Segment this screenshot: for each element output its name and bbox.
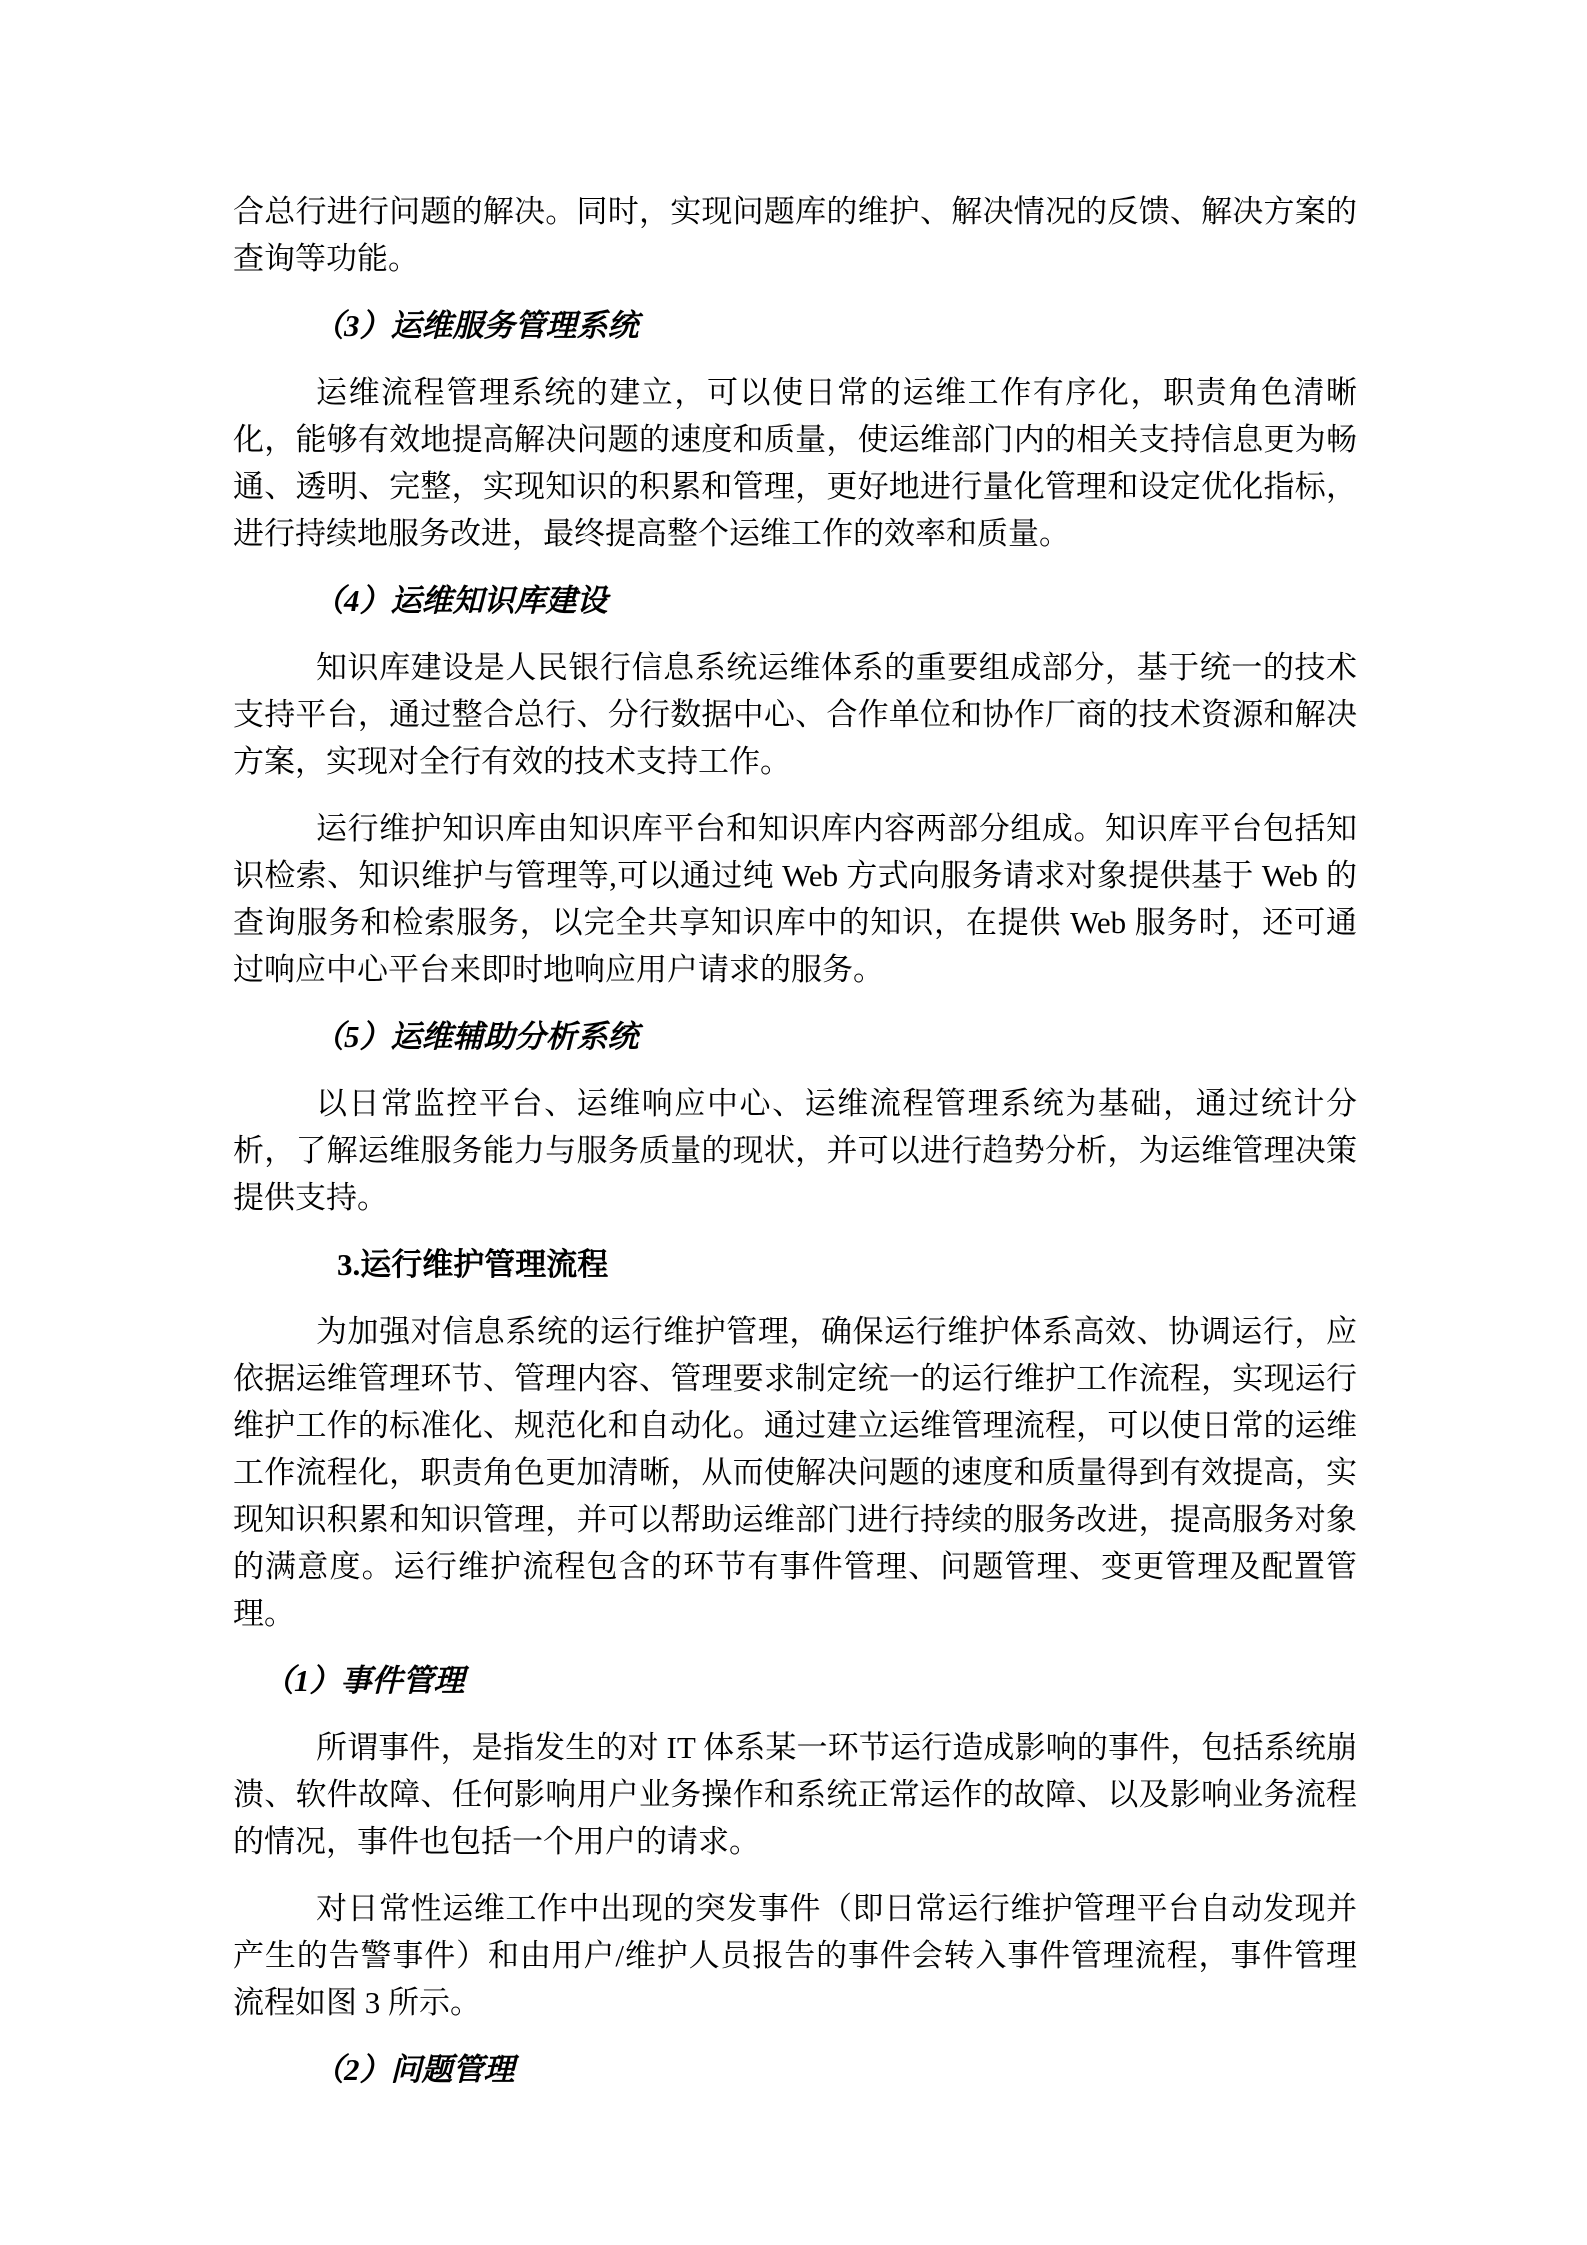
paragraph: 合总行进行问题的解决。同时，实现问题库的维护、解决情况的反馈、解决方案的查询等功… [233,188,1357,282]
section-heading: （3）运维服务管理系统 [313,302,1357,349]
paragraph: 运维流程管理系统的建立，可以使日常的运维工作有序化，职责角色清晰化，能够有效地提… [233,369,1357,557]
document-content: 合总行进行问题的解决。同时，实现问题库的维护、解决情况的反馈、解决方案的查询等功… [233,188,1357,2113]
paragraph: 运行维护知识库由知识库平台和知识库内容两部分组成。知识库平台包括知识检索、知识维… [233,805,1357,993]
paragraph: 为加强对信息系统的运行维护管理，确保运行维护体系高效、协调运行，应依据运维管理环… [233,1308,1357,1637]
paragraph: 对日常性运维工作中出现的突发事件（即日常运行维护管理平台自动发现并产生的告警事件… [233,1885,1357,2026]
paragraph: 知识库建设是人民银行信息系统运维体系的重要组成部分，基于统一的技术支持平台，通过… [233,644,1357,785]
paragraph: 所谓事件，是指发生的对 IT 体系某一环节运行造成影响的事件，包括系统崩溃、软件… [233,1724,1357,1865]
paragraph: 以日常监控平台、运维响应中心、运维流程管理系统为基础，通过统计分析，了解运维服务… [233,1080,1357,1221]
section-heading: （4）运维知识库建设 [313,577,1357,624]
section-heading: 3.运行维护管理流程 [337,1241,1357,1288]
section-heading: （5）运维辅助分析系统 [313,1013,1357,1060]
section-heading: （2）问题管理 [313,2046,1357,2093]
document-page: 合总行进行问题的解决。同时，实现问题库的维护、解决情况的反馈、解决方案的查询等功… [0,0,1587,2245]
section-heading: （1）事件管理 [263,1657,1357,1704]
